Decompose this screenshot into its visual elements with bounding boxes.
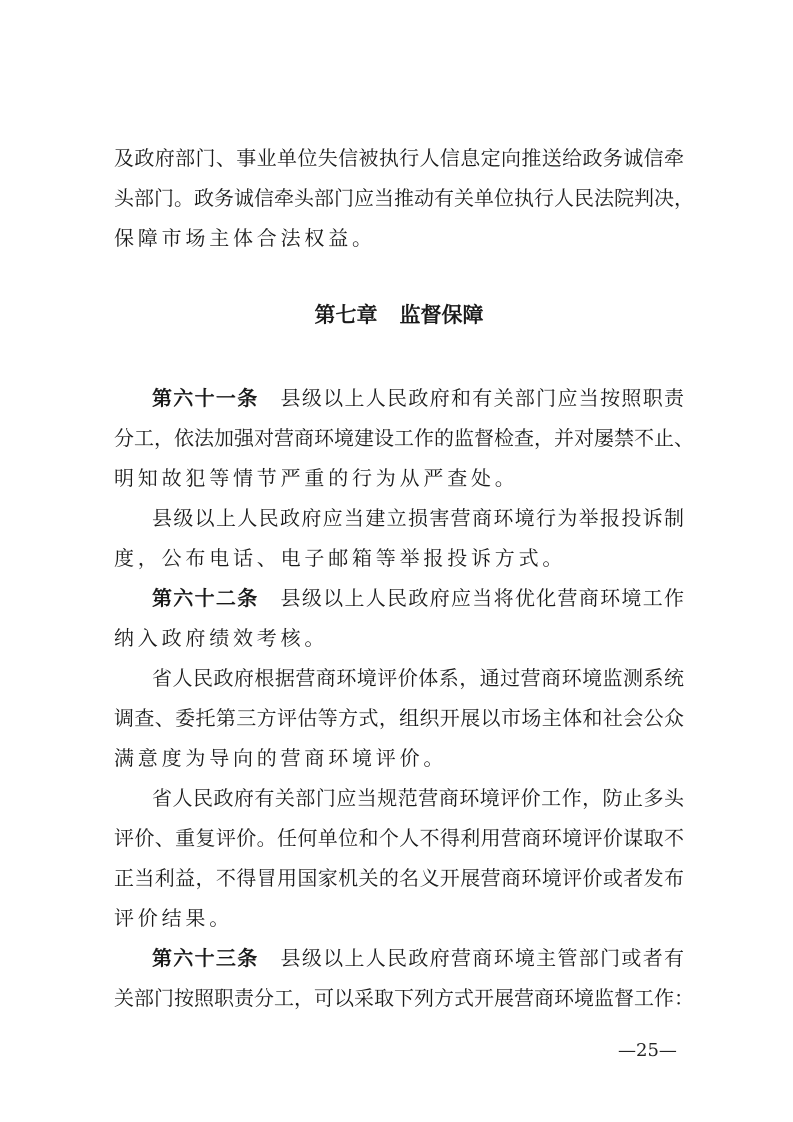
text-line: 纳入政府绩效考核。 xyxy=(114,623,684,653)
text-line: 度，公布电话、电子邮箱等举报投诉方式。 xyxy=(114,543,684,573)
text-line: 头部门。政务诚信牵头部门应当推动有关单位执行人民法院判决， xyxy=(114,183,684,213)
text-line: 调查、委托第三方评估等方式，组织开展以市场主体和社会公众 xyxy=(114,703,684,733)
text-line: 满意度为导向的营商环境评价。 xyxy=(114,743,684,773)
text-line: 明知故犯等情节严重的行为从严查处。 xyxy=(114,463,684,493)
chapter-heading: 第七章 监督保障 xyxy=(114,300,684,330)
text-line: 评价结果。 xyxy=(114,903,684,933)
chapter-number: 第七章 xyxy=(315,303,378,327)
text-line: 省人民政府根据营商环境评价体系，通过营商环境监测系统 xyxy=(114,663,684,693)
text-line: 省人民政府有关部门应当规范营商环境评价工作，防止多头 xyxy=(114,783,684,813)
article-62-line: 第六十二条县级以上人民政府应当将优化营商环境工作 xyxy=(114,583,684,613)
chapter-title: 监督保障 xyxy=(399,303,483,327)
text-line: 分工，依法加强对营商环境建设工作的监督检查，并对屡禁不止、 xyxy=(114,423,684,453)
page-number: —25— xyxy=(618,1040,677,1061)
text-line: 保障市场主体合法权益。 xyxy=(114,223,684,253)
text-line: 关部门按照职责分工，可以采取下列方式开展营商环境监督工作： xyxy=(114,983,684,1013)
article-number: 第六十一条 xyxy=(152,386,259,410)
article-61-line: 第六十一条县级以上人民政府和有关部门应当按照职责 xyxy=(114,383,684,413)
article-63-line: 第六十三条县级以上人民政府营商环境主管部门或者有 xyxy=(114,943,684,973)
text-line: 及政府部门、事业单位失信被执行人信息定向推送给政务诚信牵 xyxy=(114,143,684,173)
text-line: 正当利益，不得冒用国家机关的名义开展营商环境评价或者发布 xyxy=(114,863,684,893)
article-number: 第六十三条 xyxy=(152,946,259,970)
text-line: 县级以上人民政府应当建立损害营商环境行为举报投诉制 xyxy=(114,503,684,533)
article-number: 第六十二条 xyxy=(152,586,259,610)
text-line: 评价、重复评价。任何单位和个人不得利用营商环境评价谋取不 xyxy=(114,823,684,853)
